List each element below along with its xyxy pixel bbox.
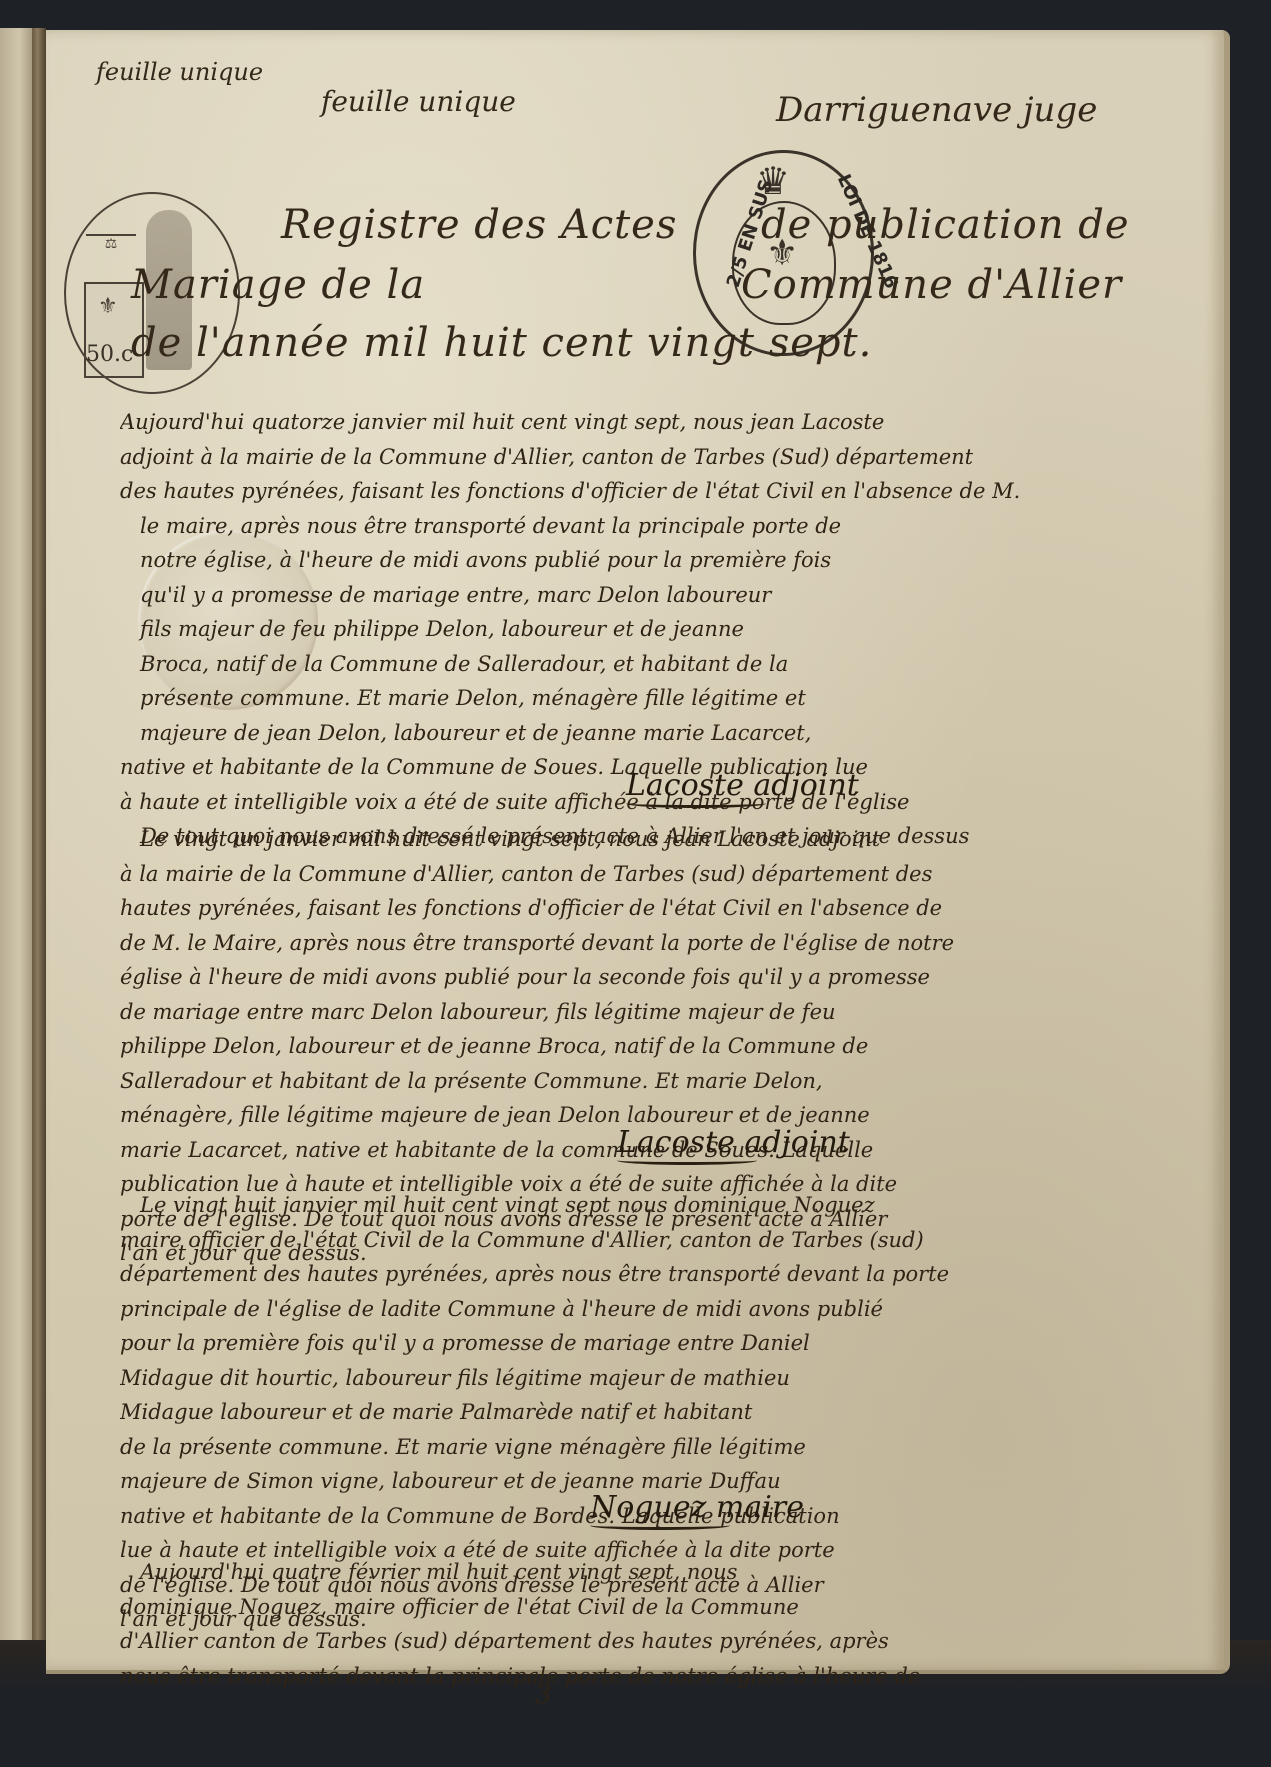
entry-line: Broca, natif de la Commune de Salleradou… [120, 647, 1200, 682]
entry-line: Le vingt huit janvier mil huit cent ving… [120, 1188, 1200, 1223]
signature-entry-3: Noguez maire [590, 1490, 804, 1530]
title-line-3: de l'année mil huit cent vingt sept. [131, 320, 872, 366]
scales-of-justice-icon: ⚖ [86, 234, 136, 266]
entry-line: d'Allier canton de Tarbes (sud) départem… [120, 1624, 1200, 1659]
entry-line: dominique Noguez, maire officier de l'ét… [120, 1590, 1200, 1625]
judge-signature: Darriguenave juge [776, 90, 1097, 130]
folio-mark: 3 [535, 1680, 552, 1710]
annotation-top-middle: feuille unique [321, 85, 516, 118]
entry-line: Midague dit hourtic, laboureur fils légi… [120, 1361, 1200, 1396]
entry-line: fils majeur de feu philippe Delon, labou… [120, 612, 1200, 647]
entry-line: majeure de jean Delon, laboureur et de j… [120, 716, 1200, 751]
entry-line: des hautes pyrénées, faisant les fonctio… [120, 474, 1200, 509]
annotation-top-left: feuille unique [96, 58, 263, 86]
book-spine [32, 28, 46, 1688]
entry-line: département des hautes pyrénées, après n… [120, 1257, 1200, 1292]
previous-page-edge [0, 28, 32, 1668]
signature-entry-1: Lacoste adjoint [626, 768, 859, 808]
entry-line: Aujourd'hui quatorze janvier mil huit ce… [120, 405, 1200, 440]
entry-line: Le vingt un janvier mil huit cent vingt … [120, 822, 1200, 857]
entry-4: Aujourd'hui quatre février mil huit cent… [120, 1555, 1200, 1693]
entry-line: nous être transporté devant la principal… [120, 1659, 1200, 1694]
entry-line: présente commune. Et marie Delon, ménagè… [120, 681, 1200, 716]
entry-line: église à l'heure de midi avons publié po… [120, 960, 1200, 995]
entry-line: hautes pyrénées, faisant les fonctions d… [120, 891, 1200, 926]
entry-line: de la présente commune. Et marie vigne m… [120, 1430, 1200, 1465]
entry-line: adjoint à la mairie de la Commune d'Alli… [120, 440, 1200, 475]
title-line-1b: de publication de [761, 202, 1130, 248]
entry-line: de M. le Maire, après nous être transpor… [120, 926, 1200, 961]
entry-line: Salleradour et habitant de la présente C… [120, 1064, 1200, 1099]
entry-line: Midague laboureur et de marie Palmarède … [120, 1395, 1200, 1430]
signature-text: Noguez maire [590, 1490, 804, 1525]
title-line-2b: Commune d'Allier [741, 262, 1122, 308]
signature-text: Lacoste adjoint [617, 1125, 850, 1160]
entry-line: principale de l'église de ladite Commune… [120, 1292, 1200, 1327]
signature-entry-2: Lacoste adjoint [617, 1125, 850, 1165]
entry-line: à la mairie de la Commune d'Allier, cant… [120, 857, 1200, 892]
signature-text: Lacoste adjoint [626, 768, 859, 803]
fleur-de-lis-icon: ⚜ [98, 294, 118, 319]
entry-line: qu'il y a promesse de mariage entre, mar… [120, 578, 1200, 613]
stamp-value: 50.c [86, 342, 133, 367]
entry-line: maire officier de l'état Civil de la Com… [120, 1223, 1200, 1258]
entry-line: pour la première fois qu'il y a promesse… [120, 1326, 1200, 1361]
entry-line: notre église, à l'heure de midi avons pu… [120, 543, 1200, 578]
title-line-1a: Registre des Actes [281, 202, 677, 248]
entry-line: philippe Delon, laboureur et de jeanne B… [120, 1029, 1200, 1064]
entry-line: le maire, après nous être transporté dev… [120, 509, 1200, 544]
entry-line: Aujourd'hui quatre février mil huit cent… [120, 1555, 1200, 1590]
entry-line: de mariage entre marc Delon laboureur, f… [120, 995, 1200, 1030]
title-line-2a: Mariage de la [131, 262, 425, 308]
